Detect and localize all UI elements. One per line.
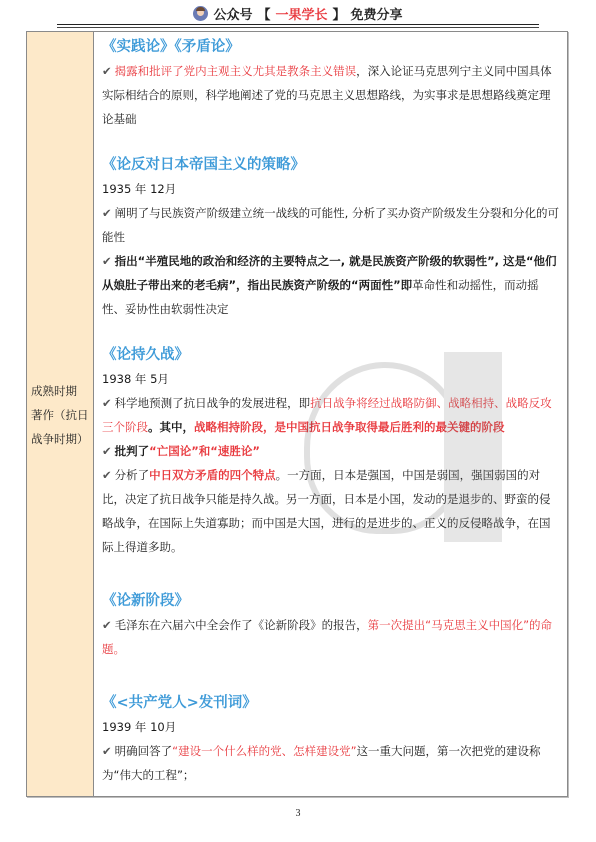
header-brand: 一果学长: [275, 4, 327, 23]
section-paragraph: ✔毛泽东在六届六中全会作了《论新阶段》的报告，第一次提出“马克思主义中国化”的命…: [102, 613, 559, 661]
body-text: 明确回答了: [115, 744, 173, 758]
body-text: 。其中，: [148, 420, 194, 434]
section-paragraph: ✔批判了“亡国论”和“速胜论”: [102, 439, 559, 463]
header-bracket-open: 【: [257, 4, 270, 23]
checkmark-icon: ✔: [102, 64, 112, 78]
category-cell: 成熟时期 著作（抗日 战争时期）: [27, 32, 94, 796]
highlight-text: “建设一个什么样的党、怎样建设党”: [172, 744, 356, 758]
section-paragraph: ✔明确回答了“建设一个什么样的党、怎样建设党”这一重大问题，第一次把党的建设称为…: [102, 739, 559, 787]
category-label-line: 著作（抗日: [31, 403, 93, 427]
content-table: 成熟时期 著作（抗日 战争时期） 《实践论》《矛盾论》 ✔揭露和批评了党内主观主…: [26, 31, 568, 797]
header-divider-thin: [57, 27, 539, 28]
section-shijianlun: 《实践论》《矛盾论》 ✔揭露和批评了党内主观主义尤其是教条主义错误，深入论证马克…: [102, 32, 559, 131]
page-header: 公众号【一果学长】免费分享: [0, 0, 596, 24]
highlight-text: 中日双方矛盾的四个特点: [149, 468, 276, 482]
section-paragraph: ✔阐明了与民族资产阶级建立统一战线的可能性, 分析了买办资产阶级发生分裂和分化的…: [102, 201, 559, 249]
section-gongchandangren-fakanci: 《<共产党人>发刊词》 1939 年 10月 ✔明确回答了“建设一个什么样的党、…: [102, 691, 559, 787]
checkmark-icon: ✔: [102, 206, 112, 220]
checkmark-icon: ✔: [102, 254, 112, 268]
header-divider: [57, 24, 539, 25]
section-date: 1935 年 12月: [102, 177, 559, 201]
checkmark-icon: ✔: [102, 618, 112, 632]
section-paragraph: ✔分析了中日双方矛盾的四个特点。一方面，日本是强国，中国是弱国，强国弱国的对比，…: [102, 463, 559, 559]
section-title: 《论持久战》: [102, 343, 559, 367]
highlight-text: 揭露和批评了党内主观主义尤其是教条主义错误: [115, 64, 357, 78]
checkmark-icon: ✔: [102, 396, 112, 410]
section-lun-xinjieduan: 《论新阶段》 ✔毛泽东在六届六中全会作了《论新阶段》的报告，第一次提出“马克思主…: [102, 589, 559, 661]
checkmark-icon: ✔: [102, 744, 112, 758]
section-lun-chijiuzhan: 《论持久战》 1938 年 5月 ✔科学地预测了抗日战争的发展进程，即抗日战争将…: [102, 343, 559, 559]
section-title: 《论反对日本帝国主义的策略》: [102, 153, 559, 177]
section-paragraph: ✔揭露和批评了党内主观主义尤其是教条主义错误，深入论证马克思列宁主义同中国具体实…: [102, 59, 559, 131]
page-number: 3: [0, 808, 596, 819]
highlight-text: 战略相持阶段，是中国抗日战争取得最后胜利的最关键的阶段: [194, 420, 505, 434]
header-suffix: 免费分享: [351, 4, 403, 23]
body-text: 毛泽东在六届六中全会作了《论新阶段》的报告，: [115, 618, 368, 632]
checkmark-icon: ✔: [102, 444, 112, 458]
content-cell: 《实践论》《矛盾论》 ✔揭露和批评了党内主观主义尤其是教条主义错误，深入论证马克…: [94, 32, 567, 796]
section-date: 1939 年 10月: [102, 715, 559, 739]
header-banner: 公众号【一果学长】免费分享: [193, 4, 402, 23]
body-text: 分析了: [115, 468, 150, 482]
category-label-line: 战争时期）: [31, 427, 93, 451]
section-title: 《<共产党人>发刊词》: [102, 691, 559, 715]
section-fandui-riben: 《论反对日本帝国主义的策略》 1935 年 12月 ✔阐明了与民族资产阶级建立统…: [102, 153, 559, 321]
section-paragraph: ✔科学地预测了抗日战争的发展进程，即抗日战争将经过战略防御、战略相持、战略反攻三…: [102, 391, 559, 439]
header-prefix: 公众号: [213, 4, 252, 23]
category-label-line: 成熟时期: [31, 379, 93, 403]
header-bracket-close: 】: [333, 4, 346, 23]
section-title: 《实践论》《矛盾论》: [102, 35, 559, 59]
avatar-icon: [193, 6, 208, 21]
body-text: 阐明了与民族资产阶级建立统一战线的可能性, 分析了买办资产阶级发生分裂和分化的可…: [102, 206, 559, 244]
highlight-text: “亡国论”和“速胜论”: [149, 444, 260, 458]
body-text: 批判了: [115, 444, 150, 458]
section-title: 《论新阶段》: [102, 589, 559, 613]
body-text: 科学地预测了抗日战争的发展进程，即: [115, 396, 311, 410]
section-paragraph: ✔指出“半殖民地的政治和经济的主要特点之一, 就是民族资产阶级的软弱性”, 这是…: [102, 249, 559, 321]
section-date: 1938 年 5月: [102, 367, 559, 391]
category-label: 成熟时期 著作（抗日 战争时期）: [31, 379, 93, 451]
checkmark-icon: ✔: [102, 468, 112, 482]
